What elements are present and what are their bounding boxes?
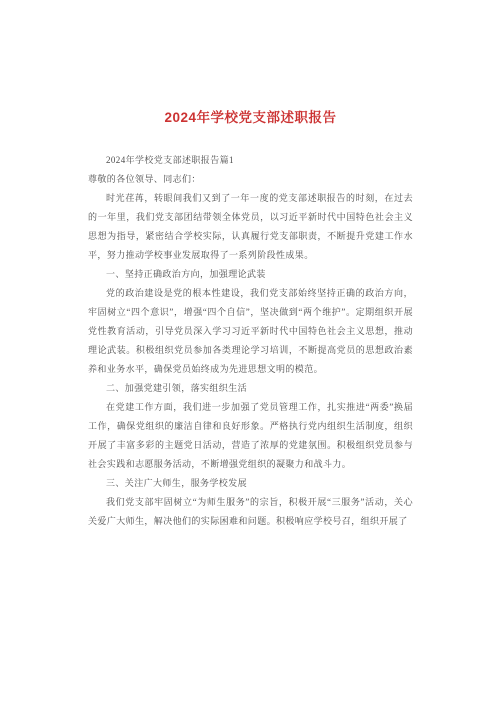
- section-heading: 二、加强党建引领，落实组织生活: [88, 379, 413, 398]
- salutation: 尊敬的各位领导、同志们：: [88, 170, 413, 189]
- paragraph: 我们党支部牢固树立“为师生服务”的宗旨，积极开展“三服务”活动，关心关爱广大师生…: [88, 493, 413, 531]
- paragraph: 在党建工作方面，我们进一步加强了党员管理工作，扎实推进“两委”换届工作，确保党组…: [88, 398, 413, 474]
- section-heading: 三、关注广大师生，服务学校发展: [88, 474, 413, 493]
- document-title: 2024年学校党支部述职报告: [88, 108, 413, 127]
- section-heading: 一、坚持正确政治方向，加强理论武装: [88, 265, 413, 284]
- document-body: 2024年学校党支部述职报告篇1尊敬的各位领导、同志们：时光荏苒，转眼间我们又到…: [88, 151, 413, 531]
- document-page: 2024年学校党支部述职报告 2024年学校党支部述职报告篇1尊敬的各位领导、同…: [88, 108, 413, 531]
- paragraph: 2024年学校党支部述职报告篇1: [88, 151, 413, 170]
- paragraph: 时光荏苒，转眼间我们又到了一年一度的党支部述职报告的时刻，在过去的一年里，我们党…: [88, 189, 413, 265]
- paragraph: 党的政治建设是党的根本性建设，我们党支部始终坚持正确的政治方向，牢固树立“四个意…: [88, 284, 413, 379]
